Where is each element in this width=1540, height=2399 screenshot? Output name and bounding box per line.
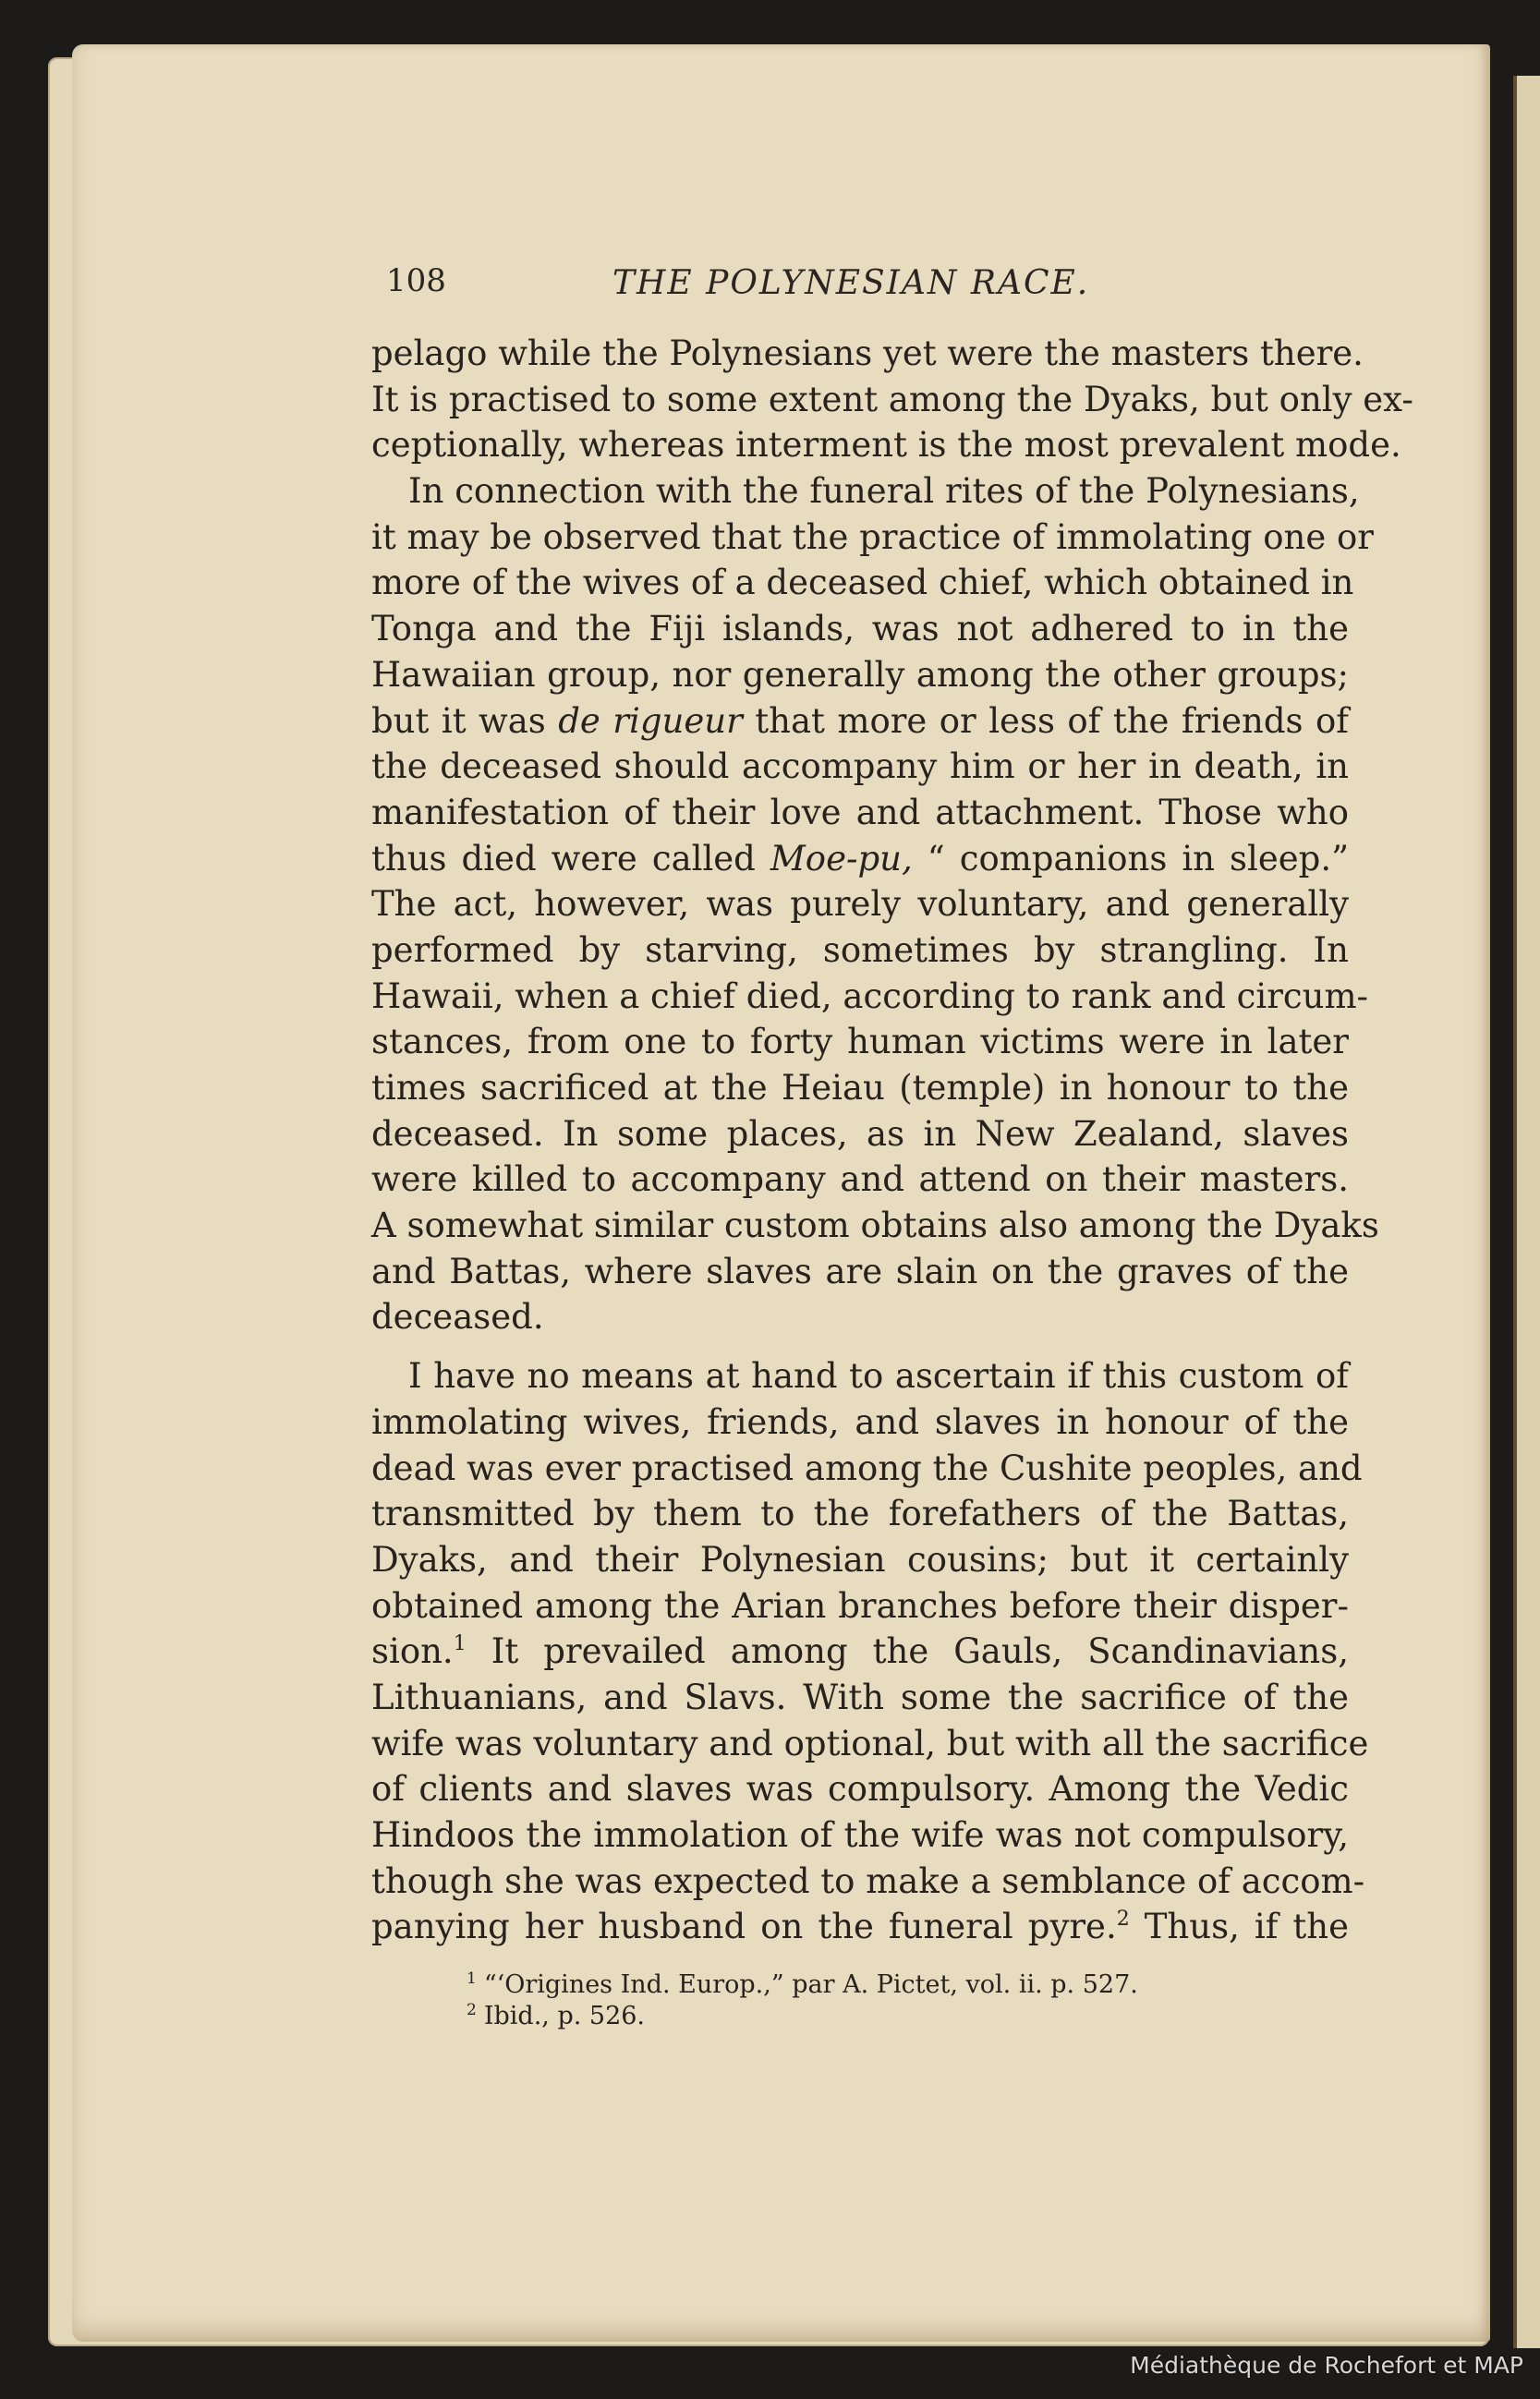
running-head: 108 THE POLYNESIAN RACE. [386, 257, 1349, 303]
text-line: A somewhat similar custom obtains also a… [371, 1203, 1349, 1249]
text-line: wife was voluntary and optional, but wit… [371, 1721, 1349, 1767]
text-line: transmitted by them to the forefathers o… [371, 1491, 1349, 1537]
text-line: Lithuanians, and Slavs. With some the sa… [371, 1675, 1349, 1721]
footnote-text: “‘Origines Ind. Europ.,” par A. Pictet, … [484, 1970, 1138, 1999]
footnote-2: 2Ibid., p. 526. [467, 2001, 1298, 2032]
text-line: immolating wives, friends, and slaves in… [371, 1399, 1349, 1446]
text-line: In connection with the funeral rites of … [371, 468, 1349, 515]
facing-page-edge [1513, 76, 1540, 2348]
text-line: were killed to accompany and attend on t… [371, 1157, 1349, 1203]
footnote-1: 1“‘Origines Ind. Europ.,” par A. Pictet,… [467, 1969, 1298, 2001]
text-line: the deceased should accompany him or her… [371, 744, 1349, 790]
text-line: of clients and slaves was compulsory. Am… [371, 1766, 1349, 1812]
footnote-ref-1[interactable]: 1 [454, 1632, 467, 1655]
text-line: panying her husband on the funeral pyre.… [371, 1904, 1349, 1950]
text-line: ceptionally, whereas interment is the mo… [371, 422, 1349, 468]
library-watermark: Médiathèque de Rochefort et MAP [1130, 2352, 1523, 2379]
text-line: times sacrificed at the Heiau (temple) i… [371, 1065, 1349, 1111]
text-line: dead was ever practised among the Cushit… [371, 1446, 1349, 1492]
text-line: I have no means at hand to ascertain if … [371, 1353, 1349, 1399]
footnote-mark: 2 [467, 2001, 477, 2019]
text-line: more of the wives of a deceased chief, w… [371, 560, 1349, 606]
text-line: stances, from one to forty human victims… [371, 1019, 1349, 1065]
text-line: It is practised to some extent among the… [371, 377, 1349, 423]
text-line: obtained among the Arian branches before… [371, 1583, 1349, 1630]
paragraph-gap [371, 1340, 1349, 1353]
text-line: sion.1 It prevailed among the Gauls, Sca… [371, 1629, 1349, 1675]
text-fragment: Thus, if the [1145, 1907, 1349, 1946]
text-line: The act, however, was purely voluntary, … [371, 881, 1349, 927]
text-line: Hawaii, when a chief died, according to … [371, 974, 1349, 1020]
text-line: thus died were called Moe-pu, “ companio… [371, 836, 1349, 882]
text-fragment: thus died were called [371, 839, 756, 878]
footnotes: 1“‘Origines Ind. Europ.,” par A. Pictet,… [467, 1969, 1298, 2032]
text-fragment: but it was [371, 701, 546, 741]
text-line: it may be observed that the practice of … [371, 515, 1349, 561]
text-line: Hawaiian group, nor generally among the … [371, 652, 1349, 698]
running-title: THE POLYNESIAN RACE. [612, 264, 1089, 302]
text-line: pelago while the Polynesians yet were th… [371, 331, 1349, 377]
page-number: 108 [386, 262, 446, 299]
text-line: Dyaks, and their Polynesian cousins; but… [371, 1537, 1349, 1583]
footnote-text: Ibid., p. 526. [484, 2002, 645, 2030]
text-fragment: panying her husband on the funeral pyre. [371, 1907, 1117, 1946]
text-fragment: “ companions in sleep.” [928, 839, 1349, 878]
footnote-mark: 1 [467, 1969, 477, 1988]
body-text: pelago while the Polynesians yet were th… [371, 331, 1349, 1950]
text-line: Tonga and the Fiji islands, was not adhe… [371, 606, 1349, 652]
text-line: manifestation of their love and attachme… [371, 790, 1349, 836]
text-fragment: It prevailed among the Gauls, Scandinavi… [491, 1631, 1349, 1671]
text-line: Hindoos the immolation of the wife was n… [371, 1812, 1349, 1859]
text-line: though she was expected to make a sembla… [371, 1859, 1349, 1905]
text-line: deceased. In some places, as in New Zeal… [371, 1111, 1349, 1157]
text-fragment: sion. [371, 1631, 454, 1671]
text-line: deceased. [371, 1294, 1349, 1340]
text-line: but it was de rigueur that more or less … [371, 698, 1349, 745]
text-fragment: that more or less of the friends of [755, 701, 1349, 741]
italic-phrase: de rigueur [558, 701, 743, 741]
italic-term: Moe-pu, [770, 839, 913, 878]
text-line: performed by starving, sometimes by stra… [371, 927, 1349, 974]
footnote-ref-2[interactable]: 2 [1117, 1908, 1130, 1931]
text-line: and Battas, where slaves are slain on th… [371, 1249, 1349, 1295]
